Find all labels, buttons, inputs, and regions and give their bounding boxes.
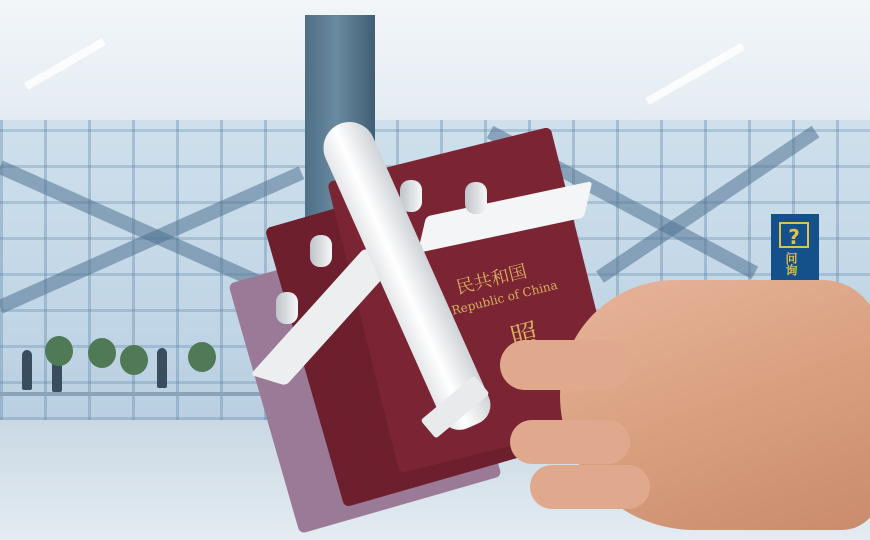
ceiling-light (24, 38, 106, 90)
plant (45, 336, 73, 366)
hand (560, 280, 870, 530)
ceiling (0, 0, 870, 120)
plant (188, 342, 216, 372)
plant (120, 345, 148, 375)
info-sign-label: 问询 (783, 252, 800, 276)
thumb (500, 340, 630, 390)
plant (88, 338, 116, 368)
question-mark-icon: ? (779, 222, 809, 248)
traveler (22, 350, 32, 390)
finger (510, 420, 630, 464)
finger (530, 465, 650, 509)
ceiling-light (645, 43, 744, 105)
airplane-engine (465, 182, 487, 214)
airport-photo: ? 问询 往来 民共和国 Republic of China 照 (0, 0, 870, 540)
airplane-engine (276, 292, 298, 324)
airplane-engine (310, 235, 332, 267)
traveler (157, 348, 167, 388)
